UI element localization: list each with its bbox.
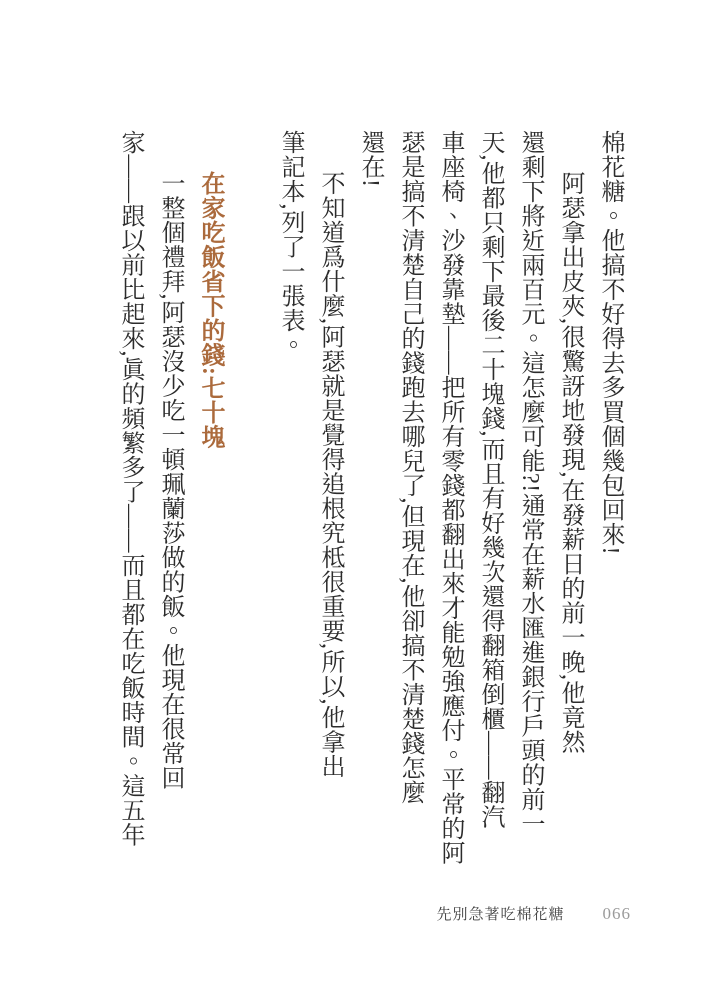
vertical-text-block: 棉花糖。他搞不好得去多買個幾包回來! 阿瑟拿出皮夾,很驚訝地發現,在發薪日的前一… [110, 130, 630, 872]
page-number: 066 [603, 904, 632, 924]
text-column: 筆記本,列了一張表。 [270, 130, 310, 872]
text-column: 天,他都只剩下最後二十塊錢,而且有好幾次還得翻箱倒櫃——翻汽 [470, 130, 510, 872]
text-column: 家——跟以前比起來,眞的頻繁多了——而且都在吃飯時間。這五年 [110, 130, 150, 872]
book-page: 棉花糖。他搞不好得去多買個幾包回來! 阿瑟拿出皮夾,很驚訝地發現,在發薪日的前一… [0, 0, 711, 1000]
text-column: 車座椅、沙發靠墊——把所有零錢都翻出來才能勉強應付。平常的阿 [430, 130, 470, 872]
text-column: 瑟是搞不清楚自己的錢跑去哪兒了,但現在,他卻搞不清楚錢怎麼 [390, 130, 430, 872]
text-column: 棉花糖。他搞不好得去多買個幾包回來! [590, 130, 630, 872]
text-column: 阿瑟拿出皮夾,很驚訝地發現,在發薪日的前一晚,他竟然 [550, 130, 590, 872]
blank-column [230, 130, 270, 872]
text-column: 還在! [350, 130, 390, 872]
section-heading: 在家吃飯省下的錢:七十塊 [190, 130, 230, 872]
text-column: 不知道爲什麼,阿瑟就是覺得追根究柢很重要,所以,他拿出 [310, 130, 350, 872]
text-column: 還剩下將近兩百元。這怎麼可能?!通常在薪水匯進銀行戶頭的前一 [510, 130, 550, 872]
text-column: 一整個禮拜,阿瑟沒少吃一頓珮蘭莎做的飯。他現在很常回 [150, 130, 190, 872]
running-title: 先別急著吃棉花糖 [436, 903, 564, 924]
page-footer: 先別急著吃棉花糖 066 [436, 903, 631, 924]
